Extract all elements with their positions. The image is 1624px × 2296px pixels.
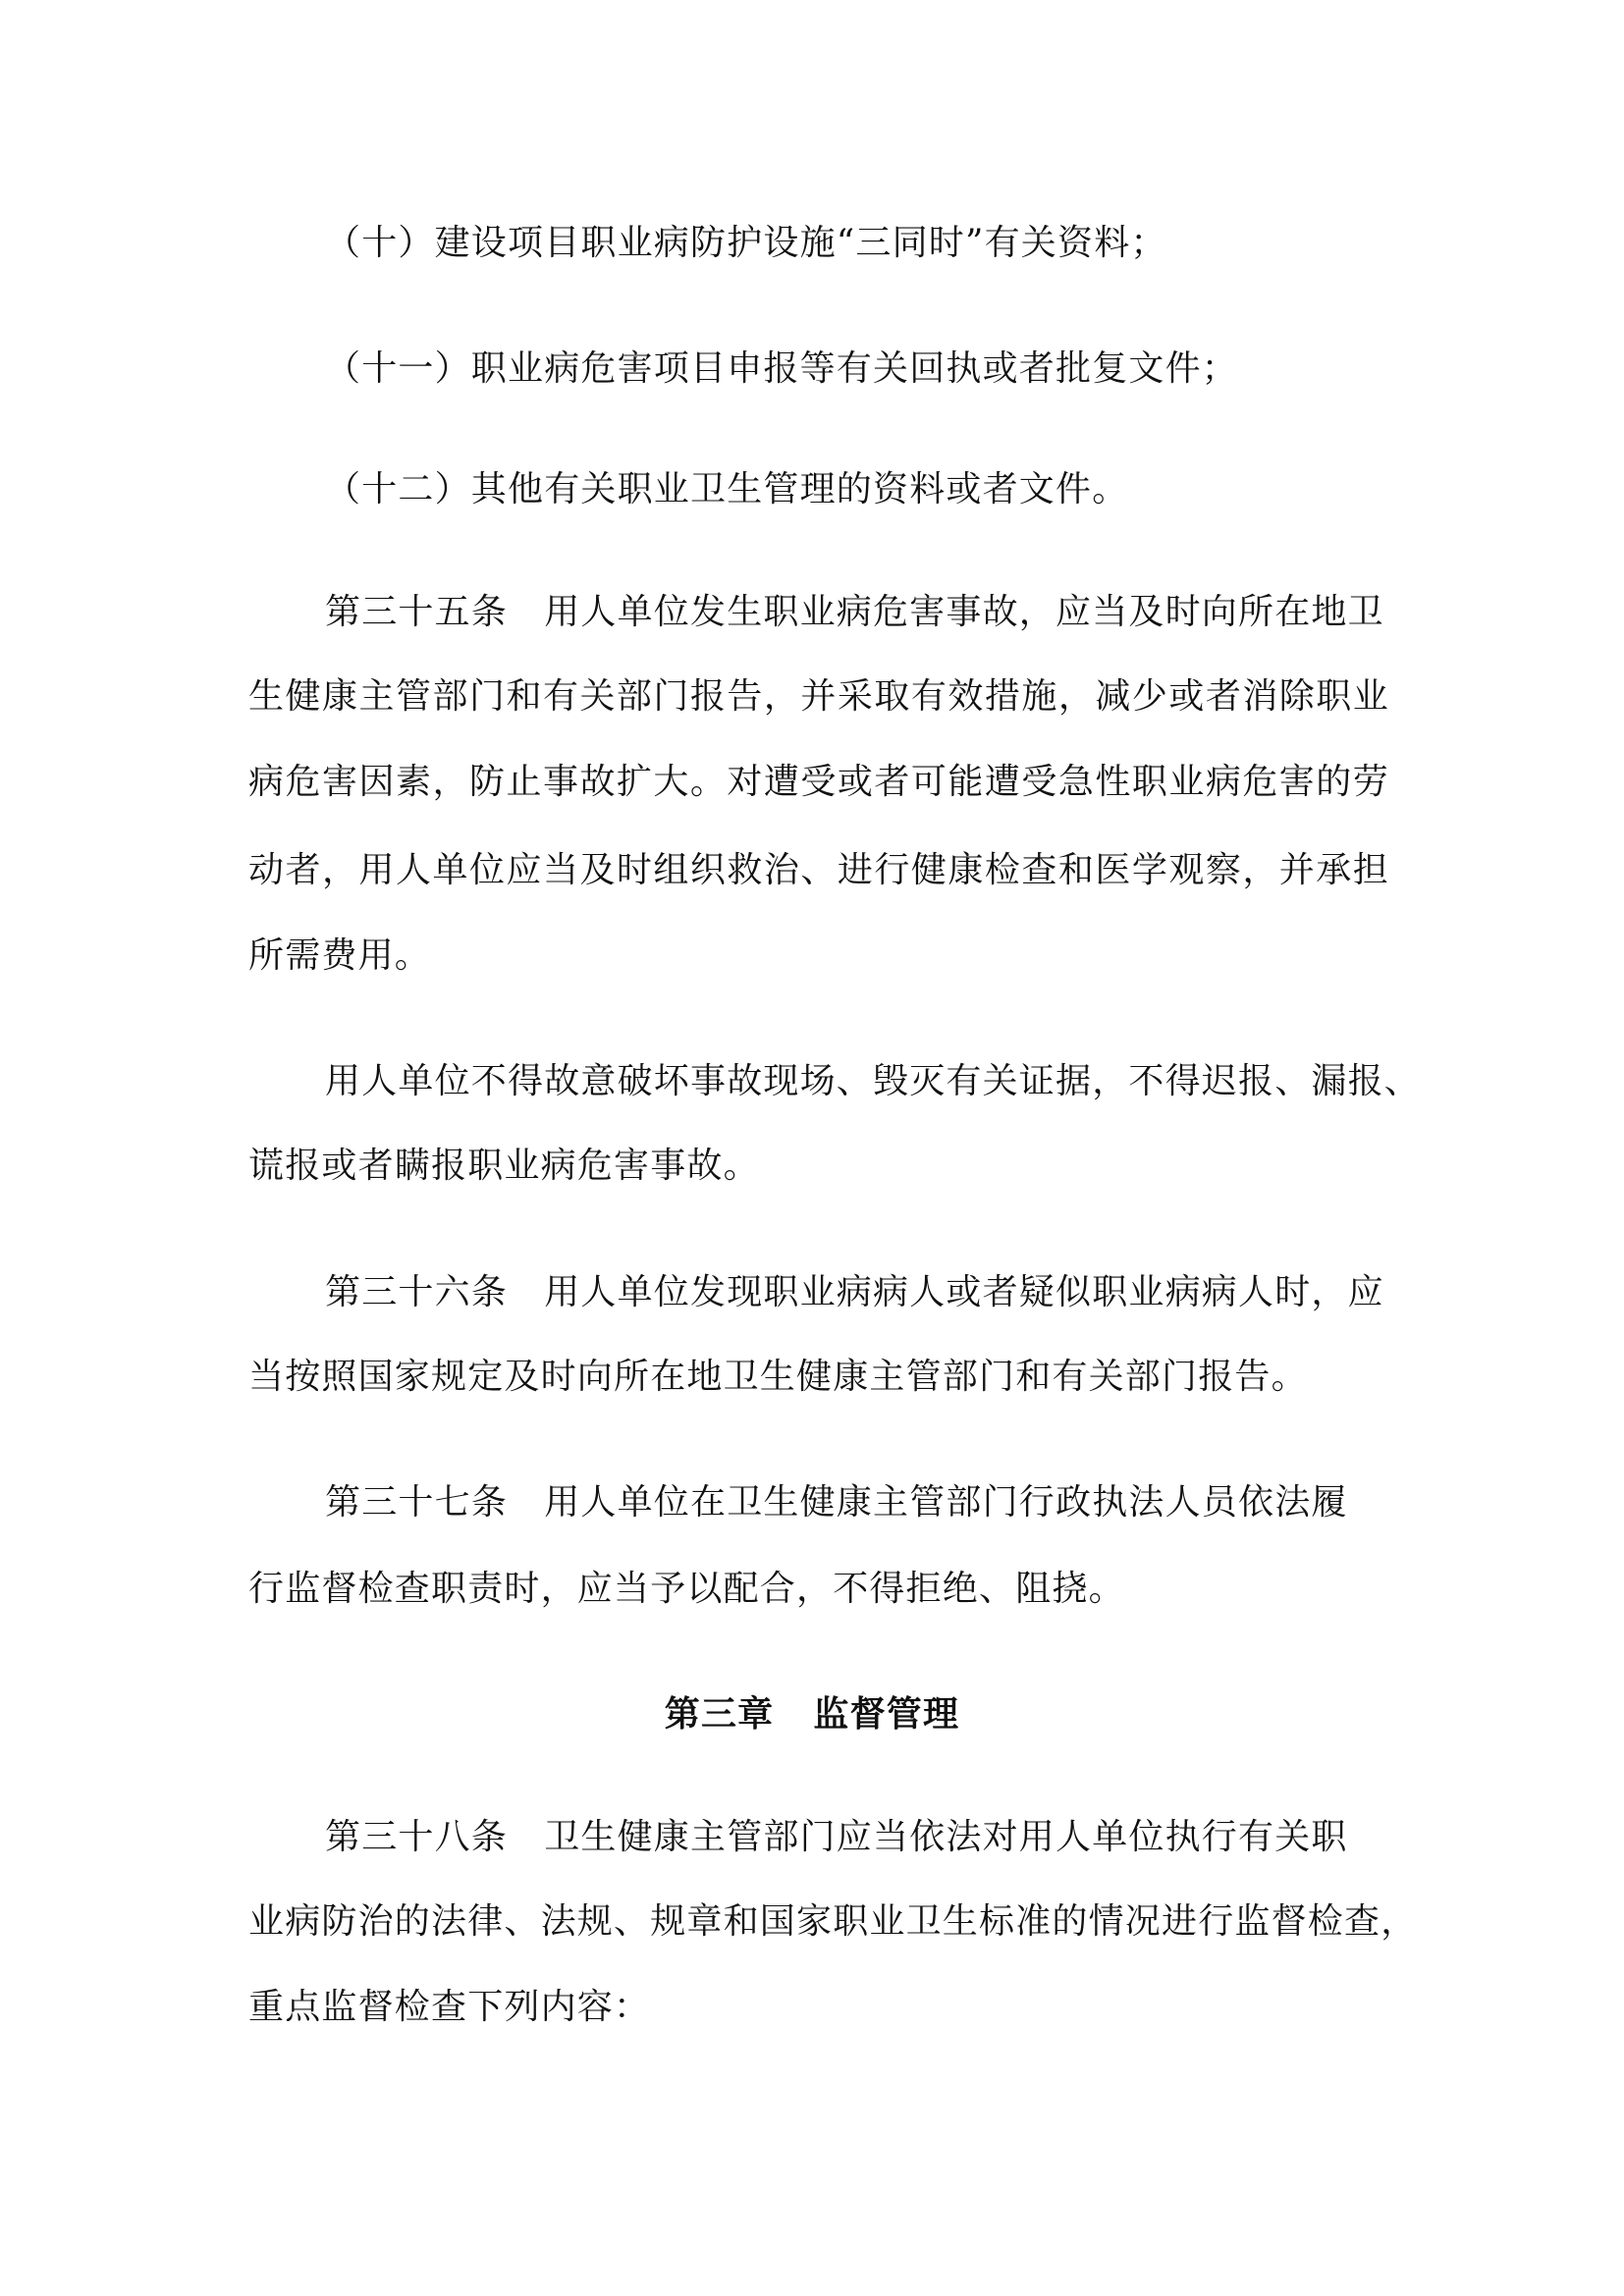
list-item-10: （十）建设项目职业病防护设施“三同时”有关资料； [325, 222, 1167, 265]
article-36-line-1: 第三十六条 用人单位发现职业病病人或者疑似职业病病人时，应 [325, 1271, 1384, 1314]
article-37-line-1: 第三十七条 用人单位在卫生健康主管部门行政执法人员依法履 [325, 1481, 1348, 1524]
article-38-line-2: 业病防治的法律、法规、规章和国家职业卫生标准的情况进行监督检查， [248, 1900, 1389, 1944]
article-35-para2-line-1: 用人单位不得故意破坏事故现场、毁灭有关证据，不得迟报、漏报、 [325, 1060, 1421, 1103]
article-35-line-1: 第三十五条 用人单位发生职业病危害事故，应当及时向所在地卫 [325, 591, 1384, 634]
article-38-line-3: 重点监督检查下列内容： [248, 1986, 650, 2029]
list-item-11: （十一）职业病危害项目申报等有关回执或者批复文件； [325, 347, 1238, 391]
article-38-line-1: 第三十八条 卫生健康主管部门应当依法对用人单位执行有关职 [325, 1816, 1348, 1859]
article-35-para2-line-2: 谎报或者瞒报职业病危害事故。 [248, 1145, 760, 1188]
article-35-line-3: 病危害因素，防止事故扩大。对遭受或者可能遭受急性职业病危害的劳 [248, 761, 1389, 804]
chapter-number: 第三章 [665, 1692, 775, 1735]
chapter-heading: 第三章监督管理 [0, 1692, 1624, 1735]
list-item-12: （十二）其他有关职业卫生管理的资料或者文件。 [325, 468, 1128, 511]
article-35-line-2: 生健康主管部门和有关部门报告，并采取有效措施，减少或者消除职业 [248, 675, 1389, 719]
article-35-line-5: 所需费用。 [248, 934, 431, 978]
article-36-line-2: 当按照国家规定及时向所在地卫生健康主管部门和有关部门报告。 [248, 1356, 1308, 1399]
chapter-title: 监督管理 [813, 1692, 959, 1735]
article-37-line-2: 行监督检查职责时，应当予以配合，不得拒绝、阻挠。 [248, 1568, 1125, 1611]
article-35-line-4: 动者，用人单位应当及时组织救治、进行健康检查和医学观察，并承担 [248, 849, 1389, 892]
